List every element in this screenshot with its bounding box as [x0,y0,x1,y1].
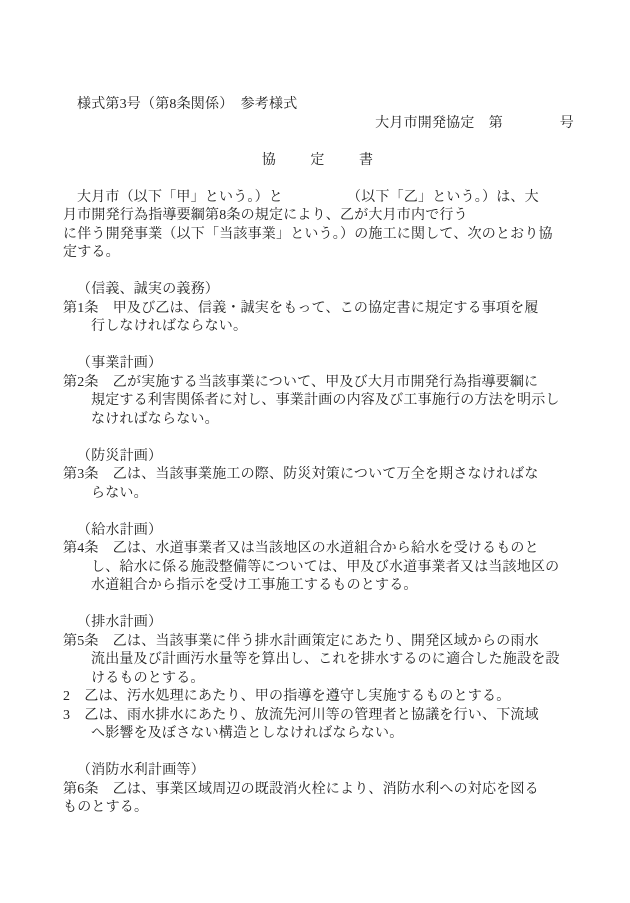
blank-line [63,170,574,189]
article-line: 第6条 乙は、事業区域周辺の既設消火栓により、消防水利への対応を図る [63,781,574,800]
article-line: 3 乙は、雨水排水にあたり、放流先河川等の管理者と協議を行い、下流域 [63,707,574,726]
blank-line [63,744,574,763]
article-line: 第2条 乙が実施する当該事業について、甲及び大月市開発行為指導要綱に [63,374,574,393]
blank-line [63,133,574,152]
agreement-number: 大月市開発協定 第 号 [63,115,574,134]
article-line: ものとする。 [63,799,574,818]
article-line: 行しなければならない。 [63,318,574,337]
agreement-number-suffix: 号 [560,116,574,131]
preamble-text-before-blank: 大月市（以下「甲」という。）と [77,190,283,205]
article-line: 第4条 乙は、水道事業者又は当該地区の水道組合から給水を受けるものと [63,540,574,559]
preamble-line: 定する。 [63,244,574,263]
blank-line [63,263,574,282]
document-content: 様式第3号（第8条関係） 参考様式 大月市開発協定 第 号 協 定 書 大月市（… [63,96,574,818]
section-heading: （防災計画） [63,448,574,467]
section-heading: （給水計画） [63,522,574,541]
preamble-line: に伴う開発事業（以下「当該事業」という。）の施工に関して、次のとおり協 [63,226,574,245]
preamble-line: 大月市（以下「甲」という。）と （以下「乙」という。）は、大 [63,189,574,208]
article-line: 第1条 甲及び乙は、信義・誠実をもって、この協定書に規定する事項を履 [63,300,574,319]
form-label: 様式第3号（第8条関係） 参考様式 [63,96,574,115]
section-heading: （消防水利計画等） [63,762,574,781]
doc-title: 協 定 書 [63,152,574,171]
agreement-document-page: 様式第3号（第8条関係） 参考様式 大月市開発協定 第 号 協 定 書 大月市（… [0,0,630,903]
blank-line [63,429,574,448]
party-b-name-blank-field [283,190,354,205]
preamble-text-after-blank: （以下「乙」という。）は、大 [354,190,539,205]
agreement-number-prefix: 大月市開発協定 第 [375,116,503,131]
agreement-number-blank-field [503,116,560,131]
blank-line [63,337,574,356]
article-line: へ影響を及ぼさない構造としなければならない。 [63,725,574,744]
article-line: 流出量及び計画汚水量等を算出し、これを排水するのに適合した施設を設 [63,651,574,670]
article-line: 2 乙は、汚水処理にあたり、甲の指導を遵守し実施するものとする。 [63,688,574,707]
section-heading: （事業計画） [63,355,574,374]
article-line: らない。 [63,485,574,504]
blank-line [63,503,574,522]
article-line: けるものとする。 [63,670,574,689]
preamble-line: 月市開発行為指導要綱第8条の規定により、乙が大月市内で行う [63,207,574,226]
section-heading: （排水計画） [63,614,574,633]
article-line: 規定する利害関係者に対し、事業計画の内容及び工事施行の方法を明示し [63,392,574,411]
article-line: し、給水に係る施設整備等については、甲及び水道事業者又は当該地区の [63,559,574,578]
article-line: なければならない。 [63,411,574,430]
article-line: 第3条 乙は、当該事業施工の際、防災対策について万全を期さなければな [63,466,574,485]
article-line: 水道組合から指示を受け工事施工するものとする。 [63,577,574,596]
blank-line [63,596,574,615]
section-heading: （信義、誠実の義務） [63,281,574,300]
article-line: 第5条 乙は、当該事業に伴う排水計画策定にあたり、開発区域からの雨水 [63,633,574,652]
